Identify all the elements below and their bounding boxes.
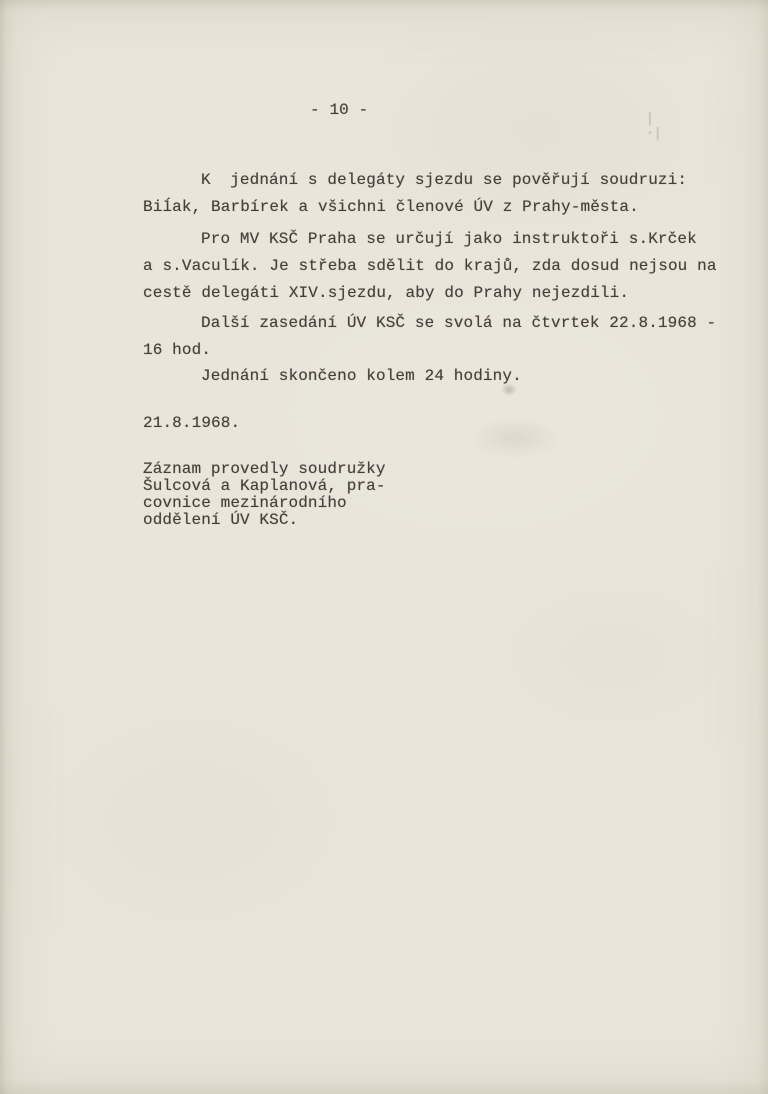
body-line: Další zasedání ÚV KSČ se svolá na čtvrte…	[201, 313, 716, 333]
scan-artifact-smudge	[470, 418, 560, 458]
signature-line: oddělení ÚV KSČ.	[143, 510, 298, 530]
body-line: cestě delegáti XIV.sjezdu, aby do Prahy …	[143, 283, 629, 303]
date-line: 21.8.1968.	[143, 413, 240, 433]
scan-artifact-marks: |·|	[646, 111, 662, 127]
body-line: Pro MV KSČ Praha se určují jako instrukt…	[201, 229, 697, 249]
body-line: Jednání skončeno kolem 24 hodiny.	[201, 366, 522, 386]
body-line: 16 hod.	[143, 340, 211, 360]
body-line: a s.Vaculík. Je střeba sdělit do krajů, …	[143, 256, 717, 276]
scanned-document-page: - 10 - |·| K jednání s delegáty sjezdu s…	[0, 0, 768, 1094]
page-number: - 10 -	[310, 100, 368, 120]
body-line: Biĺak, Barbírek a všichni členové ÚV z P…	[143, 197, 639, 217]
body-line: K jednání s delegáty sjezdu se pověřují …	[201, 170, 687, 190]
